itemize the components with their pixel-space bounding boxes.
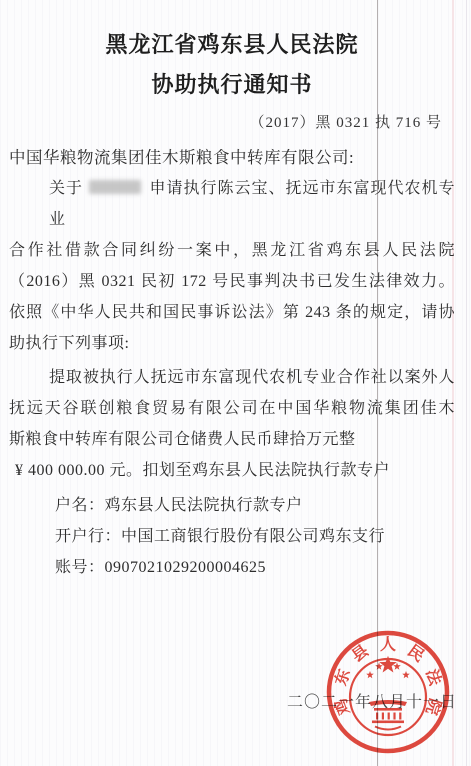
para2-line2: 抚远天谷联创粮食贸易有限公司在中国华粮物流集团佳木 [9,393,455,424]
bank-label: 开户行： [55,528,121,545]
redacted-name-blur [89,180,141,194]
seal-graphics: 鸡 东 县 人 民 法 院 [329,633,447,751]
para2-line1: 提取被执行人抚远市东富现代农机专业合作社以案外人 [9,362,455,393]
account-no-row: 账号：0907021029200004625 [9,552,455,583]
account-name-label: 户名： [55,497,105,514]
doc-title: 协助执行通知书 [9,70,455,100]
para1-line1: 关于申请执行陈云宝、抚远市东富现代农机专业 [9,173,455,235]
document-content: 黑龙江省鸡东县人民法院 协助执行通知书 （2017）黑 0321 执 716 号… [0,0,471,583]
account-name-row: 户名：鸡东县人民法院执行款专户 [9,490,455,521]
para1-line3: （2016）黑 0321 民初 172 号民事判决书已发生法律效力。 [9,266,455,297]
court-seal: 鸡 东 县 人 民 法 院 [323,627,453,757]
para1-line5: 助执行下列事项: [9,328,455,359]
account-name-value: 鸡东县人民法院执行款专户 [105,497,303,514]
case-number: （2017）黑 0321 执 716 号 [9,112,455,134]
national-emblem-icon [350,656,426,735]
para2-line4-amount: ¥ 400 000.00 元。扣划至鸡东县人民法院执行款专户 [9,455,455,486]
court-title: 黑龙江省鸡东县人民法院 [9,30,455,60]
para1-prefix: 关于 [49,180,83,197]
addressee: 中国华粮物流集团佳木斯粮食中转库有限公司: [9,142,455,173]
para1-line2: 合作社借款合同纠纷一案中，黑龙江省鸡东县人民法院 [9,235,455,266]
account-no-label: 账号： [55,559,105,576]
bank-value: 中国工商银行股份有限公司鸡东支行 [121,528,385,545]
para2-line3: 斯粮食中转库有限公司仓储费人民币肆拾万元整 [9,424,455,455]
para1-line4: 依照《中华人民共和国民事诉讼法》第 243 条的规定，请协 [9,297,455,328]
seal-char: 人 [380,636,396,654]
bank-row: 开户行：中国工商银行股份有限公司鸡东支行 [9,521,455,552]
account-no-value: 0907021029200004625 [105,559,267,576]
document-page: 黑龙江省鸡东县人民法院 协助执行通知书 （2017）黑 0321 执 716 号… [0,0,471,766]
